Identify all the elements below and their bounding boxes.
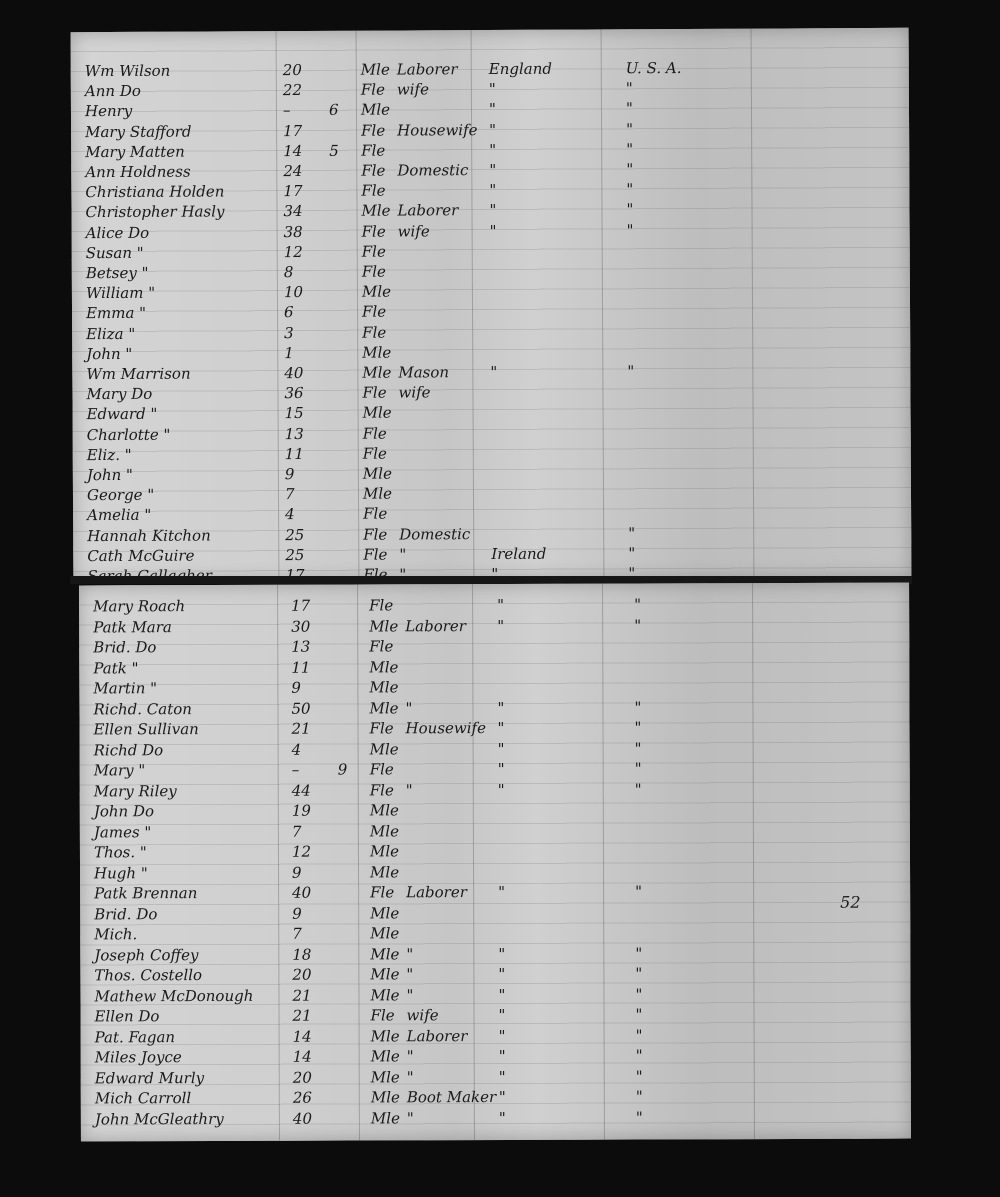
cell-name: Mary Do	[86, 385, 152, 403]
cell-sex: Fle	[362, 384, 386, 402]
cell-name: Brid. Do	[94, 905, 157, 923]
manifest-row: Mich.7Mle	[80, 923, 910, 946]
cell-destination: "	[636, 1046, 643, 1064]
cell-age: 9	[291, 679, 301, 697]
cell-name: Amelia "	[87, 506, 151, 524]
cell-destination: "	[635, 964, 642, 982]
cell-age: 12	[292, 843, 311, 861]
cell-sex: Mle	[370, 863, 399, 881]
cell-country: "	[489, 80, 496, 98]
cell-country: "	[498, 985, 505, 1003]
cell-age: 30	[291, 617, 310, 635]
cell-sex: Mle	[362, 283, 391, 301]
cell-destination: "	[627, 362, 634, 380]
cell-country: "	[498, 944, 505, 962]
cell-sex: Mle	[370, 965, 399, 983]
manifest-row: Thos. Costello20Mle"""	[80, 964, 910, 987]
cell-name: Alice Do	[86, 223, 150, 241]
cell-occupation: "	[399, 545, 406, 563]
cell-sex: Mle	[369, 658, 398, 676]
cell-age: 4	[292, 740, 302, 758]
cell-country: "	[498, 739, 505, 757]
cell-age: 26	[293, 1089, 312, 1107]
cell-age: 34	[283, 202, 302, 220]
cell-name: Ellen Do	[95, 1007, 160, 1025]
cell-sex: Mle	[363, 485, 392, 503]
cell-country: Ireland	[491, 545, 546, 563]
manifest-row: Ellen Sullivan21FleHousewife""	[80, 718, 910, 741]
cell-name: Cath McGuire	[87, 546, 194, 565]
cell-sex: Fle	[369, 596, 393, 614]
cell-age: 44	[292, 781, 311, 799]
cell-destination: "	[628, 544, 635, 562]
cell-age: 14	[293, 1048, 312, 1066]
cell-age: 7	[292, 925, 302, 943]
cell-sex: Fle	[370, 883, 394, 901]
manifest-row: Pat. Fagan14MleLaborer""	[81, 1025, 911, 1048]
cell-name: James "	[94, 823, 151, 841]
cell-name: Christopher Hasly	[85, 203, 224, 222]
cell-destination: "	[626, 79, 633, 97]
cell-name: Thos. "	[94, 843, 147, 861]
cell-sex: Fle	[361, 162, 385, 180]
cell-age: 17	[291, 597, 310, 615]
cell-age: 18	[292, 945, 311, 963]
cell-mark: 6	[329, 101, 339, 119]
cell-destination: "	[635, 985, 642, 1003]
cell-age: 25	[285, 526, 304, 544]
manifest-row: Thos. "12Mle	[80, 841, 910, 864]
cell-age: 12	[284, 243, 303, 261]
cell-age: 13	[285, 425, 304, 443]
cell-country: "	[489, 161, 496, 179]
cell-age: 9	[292, 863, 302, 881]
manifest-row: Mich Carroll26MleBoot Maker""	[81, 1087, 911, 1110]
cell-destination: "	[626, 140, 633, 158]
cell-country: "	[498, 780, 505, 798]
cell-occupation: Mason	[398, 363, 449, 381]
cell-name: Mary Riley	[94, 782, 177, 800]
cell-destination: "	[634, 698, 641, 716]
cell-name: Edward "	[87, 405, 158, 423]
cell-sex: Mle	[362, 364, 391, 382]
cell-country: "	[489, 100, 496, 118]
manifest-row: Patk "11Mle	[79, 656, 909, 679]
cell-destination: "	[636, 1108, 643, 1126]
cell-name: William "	[86, 284, 155, 302]
cell-name: George "	[87, 486, 154, 504]
cell-sex: Mle	[370, 945, 399, 963]
cell-name: Miles Joyce	[95, 1048, 182, 1066]
cell-sex: Fle	[362, 242, 386, 260]
manifest-row: John McGleathry40Mle"""	[81, 1107, 911, 1130]
cell-age: 14	[283, 142, 302, 160]
cell-name: Patk "	[93, 659, 138, 677]
cell-occupation: Domestic	[397, 161, 468, 179]
cell-destination: "	[626, 100, 633, 118]
cell-name: Mathew McDonough	[94, 986, 253, 1005]
cell-name: Susan "	[86, 244, 144, 262]
cell-occupation: "	[406, 986, 413, 1004]
cell-age: 4	[285, 505, 295, 523]
cell-country: "	[489, 141, 496, 159]
cell-sex: Mle	[370, 842, 399, 860]
cell-age: 11	[285, 445, 304, 463]
cell-age: 24	[283, 162, 302, 180]
cell-occupation: Domestic	[399, 525, 470, 543]
cell-sex: Fle	[361, 121, 385, 139]
cell-age: 14	[293, 1027, 312, 1045]
cell-occupation: wife	[398, 222, 430, 240]
cell-destination: "	[635, 882, 642, 900]
cell-sex: Fle	[363, 444, 387, 462]
cell-country: "	[489, 201, 496, 219]
manifest-lower-sheet: Mary Roach17Fle""Patk Mara30MleLaborer""…	[79, 583, 911, 1142]
cell-destination: "	[626, 120, 633, 138]
manifest-row: Mary "–9Fle""	[80, 759, 910, 782]
cell-sex: Mle	[361, 101, 390, 119]
cell-age: 38	[284, 223, 303, 241]
cell-age: 17	[283, 182, 302, 200]
cell-age: 10	[284, 283, 303, 301]
cell-country: "	[498, 883, 505, 901]
cell-sex: Fle	[363, 545, 387, 563]
cell-sex: Mle	[370, 801, 399, 819]
cell-age: 40	[284, 364, 303, 382]
cell-age: –	[283, 101, 291, 119]
cell-age: 22	[283, 81, 302, 99]
cell-name: Emma "	[86, 304, 146, 322]
cell-sex: Fle	[362, 323, 386, 341]
cell-age: 21	[292, 720, 311, 738]
cell-name: Brid. Do	[93, 638, 156, 656]
cell-country: "	[490, 363, 497, 381]
cell-destination: "	[635, 759, 642, 777]
manifest-row: Ellen Do21Flewife""	[81, 1005, 911, 1028]
cell-age: 25	[285, 546, 304, 564]
cell-country: "	[499, 1047, 506, 1065]
cell-destination: "	[626, 201, 633, 219]
cell-destination: "	[635, 944, 642, 962]
cell-sex: Mle	[369, 678, 398, 696]
cell-country: "	[489, 121, 496, 139]
cell-sex: Mle	[361, 202, 390, 220]
margin-note: 52	[840, 893, 860, 912]
cell-sex: Fle	[361, 81, 385, 99]
cell-sex: Fle	[363, 505, 387, 523]
cell-destination: "	[626, 160, 633, 178]
cell-sex: Mle	[370, 904, 399, 922]
cell-mark: 9	[338, 761, 348, 779]
cell-name: John "	[87, 466, 133, 484]
cell-name: Wm Wilson	[85, 62, 171, 80]
cell-occupation: Housewife	[397, 121, 478, 139]
cell-name: Ann Holdness	[85, 163, 190, 182]
cell-sex: Fle	[361, 141, 385, 159]
cell-country: "	[499, 1088, 506, 1106]
cell-name: Edward Murly	[95, 1069, 204, 1087]
cell-sex: Fle	[362, 263, 386, 281]
cell-name: Mary Stafford	[85, 122, 191, 141]
cell-sex: Mle	[362, 343, 391, 361]
cell-country: "	[498, 965, 505, 983]
cell-sex: Mle	[363, 404, 392, 422]
manifest-row: Joseph Coffey18Mle"""	[80, 943, 910, 966]
cell-destination: "	[634, 595, 641, 613]
cell-age: 20	[283, 61, 302, 79]
manifest-row: John Do19Mle	[80, 800, 910, 823]
cell-country: "	[499, 1108, 506, 1126]
cell-sex: Fle	[362, 222, 386, 240]
cell-country: "	[497, 698, 504, 716]
cell-destination: "	[636, 1087, 643, 1105]
manifest-row: Mary Roach17Fle""	[79, 595, 909, 618]
cell-destination: "	[636, 1005, 643, 1023]
cell-sex: Mle	[371, 1047, 400, 1065]
cell-name: Ann Do	[85, 82, 141, 100]
cell-country: "	[499, 1026, 506, 1044]
cell-name: Mary Roach	[93, 597, 185, 615]
manifest-upper-sheet: Wm Wilson20MleLaborerEnglandU. S. A.Ann …	[71, 28, 912, 582]
cell-age: 13	[291, 638, 310, 656]
cell-age: 19	[292, 802, 311, 820]
cell-destination: "	[634, 616, 641, 634]
cell-sex: Fle	[361, 182, 385, 200]
cell-country: "	[497, 616, 504, 634]
cell-country: "	[497, 596, 504, 614]
manifest-row: Brid. Do9Mle	[80, 902, 910, 925]
cell-name: Henry	[85, 102, 132, 120]
cell-age: 11	[291, 658, 310, 676]
cell-age: 1	[284, 344, 294, 362]
manifest-row: Patk Brennan40FleLaborer""	[80, 882, 910, 905]
cell-mark: 5	[329, 142, 339, 160]
cell-name: Betsey "	[86, 264, 149, 282]
manifest-row: Miles Joyce14Mle"""	[81, 1046, 911, 1069]
manifest-row: James "7Mle	[80, 820, 910, 843]
cell-sex: Mle	[371, 1068, 400, 1086]
manifest-row: Edward Murly20Mle"""	[81, 1066, 911, 1089]
manifest-row: Patk Mara30MleLaborer""	[79, 615, 909, 638]
cell-occupation: wife	[397, 81, 429, 99]
cell-age: 20	[292, 966, 311, 984]
cell-age: 21	[293, 1007, 312, 1025]
cell-sex: Mle	[369, 699, 398, 717]
cell-occupation: Laborer	[397, 60, 458, 78]
cell-sex: Fle	[370, 781, 394, 799]
cell-occupation: "	[406, 781, 413, 799]
manifest-row: Brid. Do13Fle	[79, 636, 909, 659]
cell-country: "	[489, 181, 496, 199]
cell-name: Mary Matten	[85, 142, 185, 161]
cell-occupation: "	[406, 945, 413, 963]
cell-destination: U. S. A.	[626, 59, 682, 77]
cell-occupation: Housewife	[406, 719, 486, 737]
cell-sex: Fle	[363, 424, 387, 442]
cell-sex: Mle	[370, 822, 399, 840]
cell-age: 20	[293, 1068, 312, 1086]
cell-name: Thos. Costello	[94, 966, 202, 984]
cell-age: 15	[285, 404, 304, 422]
cell-name: John McGleathry	[95, 1109, 224, 1127]
cell-country: "	[498, 719, 505, 737]
cell-name: John "	[86, 345, 132, 363]
cell-sex: Mle	[370, 924, 399, 942]
cell-name: Wm Marrison	[86, 365, 190, 384]
cell-sex: Fle	[371, 1006, 395, 1024]
cell-age: 8	[284, 263, 294, 281]
cell-sex: Mle	[363, 465, 392, 483]
manifest-row: Richd Do4Mle""	[80, 738, 910, 761]
cell-occupation: wife	[407, 1006, 439, 1024]
manifest-row: Richd. Caton50Mle"""	[79, 697, 909, 720]
cell-name: Mary "	[94, 761, 146, 779]
manifest-row: Mathew McDonough21Mle"""	[80, 984, 910, 1007]
cell-sex: Fle	[363, 525, 387, 543]
cell-occupation: "	[405, 699, 412, 717]
cell-destination: "	[636, 1026, 643, 1044]
cell-destination: "	[635, 739, 642, 757]
cell-name: Patk Mara	[93, 618, 172, 636]
cell-age: 50	[291, 699, 310, 717]
cell-age: 6	[284, 303, 294, 321]
cell-occupation: wife	[398, 384, 430, 402]
cell-name: Hugh "	[94, 864, 148, 882]
cell-occupation: "	[407, 1109, 414, 1127]
cell-occupation: Laborer	[405, 617, 466, 635]
cell-name: Richd. Caton	[93, 700, 191, 718]
cell-sex: Mle	[370, 986, 399, 1004]
cell-destination: "	[635, 718, 642, 736]
cell-name: Richd Do	[94, 741, 164, 759]
cell-name: Ellen Sullivan	[94, 720, 199, 738]
cell-name: Charlotte "	[87, 425, 171, 443]
cell-destination: "	[626, 180, 633, 198]
cell-sex: Fle	[369, 637, 393, 655]
cell-occupation: Laborer	[407, 1027, 468, 1045]
manifest-row: Martin "9Mle	[79, 677, 909, 700]
cell-occupation: Boot Maker	[407, 1088, 496, 1106]
cell-age: 9	[285, 465, 295, 483]
cell-name: Martin "	[93, 679, 157, 697]
cell-age: 7	[285, 485, 295, 503]
cell-destination: "	[628, 524, 635, 542]
cell-name: John Do	[94, 802, 154, 820]
manifest-row: Mary Riley44Fle"""	[80, 779, 910, 802]
cell-age: 40	[293, 1109, 312, 1127]
cell-name: Hannah Kitchon	[87, 526, 211, 545]
cell-country: "	[499, 1067, 506, 1085]
cell-sex: Fle	[370, 719, 394, 737]
upper-rows: Wm Wilson20MleLaborerEnglandU. S. A.Ann …	[71, 28, 909, 32]
cell-sex: Mle	[371, 1088, 400, 1106]
cell-age: 17	[283, 122, 302, 140]
cell-name: Pat. Fagan	[95, 1028, 176, 1046]
cell-country: "	[490, 222, 497, 240]
cell-country: "	[498, 760, 505, 778]
cell-sex: Mle	[369, 617, 398, 635]
cell-occupation: "	[407, 1047, 414, 1065]
cell-sex: Fle	[362, 303, 386, 321]
cell-name: Christiana Holden	[85, 183, 224, 202]
cell-name: Eliz. "	[87, 446, 132, 464]
cell-age: 9	[292, 904, 302, 922]
cell-destination: "	[627, 221, 634, 239]
cell-name: Mich Carroll	[95, 1089, 191, 1107]
cell-sex: Mle	[371, 1109, 400, 1127]
cell-country: England	[489, 60, 552, 78]
cell-name: Joseph Coffey	[94, 946, 198, 964]
cell-age: 7	[292, 822, 302, 840]
cell-age: –	[292, 761, 300, 779]
cell-age: 21	[292, 986, 311, 1004]
cell-sex: Mle	[371, 1027, 400, 1045]
cell-age: 40	[292, 884, 311, 902]
manifest-row: Hugh "9Mle	[80, 861, 910, 884]
cell-name: Mich.	[94, 925, 137, 943]
cell-name: Patk Brennan	[94, 884, 197, 902]
cell-age: 36	[284, 384, 303, 402]
cell-age: 3	[284, 324, 294, 342]
cell-occupation: "	[406, 965, 413, 983]
cell-sex: Fle	[370, 760, 394, 778]
cell-destination: "	[636, 1067, 643, 1085]
cell-country: "	[499, 1006, 506, 1024]
cell-occupation: Laborer	[397, 202, 458, 220]
cell-occupation: Laborer	[406, 883, 467, 901]
cell-name: Eliza "	[86, 324, 135, 342]
cell-sex: Mle	[361, 61, 390, 79]
cell-destination: "	[635, 780, 642, 798]
cell-occupation: "	[407, 1068, 414, 1086]
cell-sex: Mle	[370, 740, 399, 758]
